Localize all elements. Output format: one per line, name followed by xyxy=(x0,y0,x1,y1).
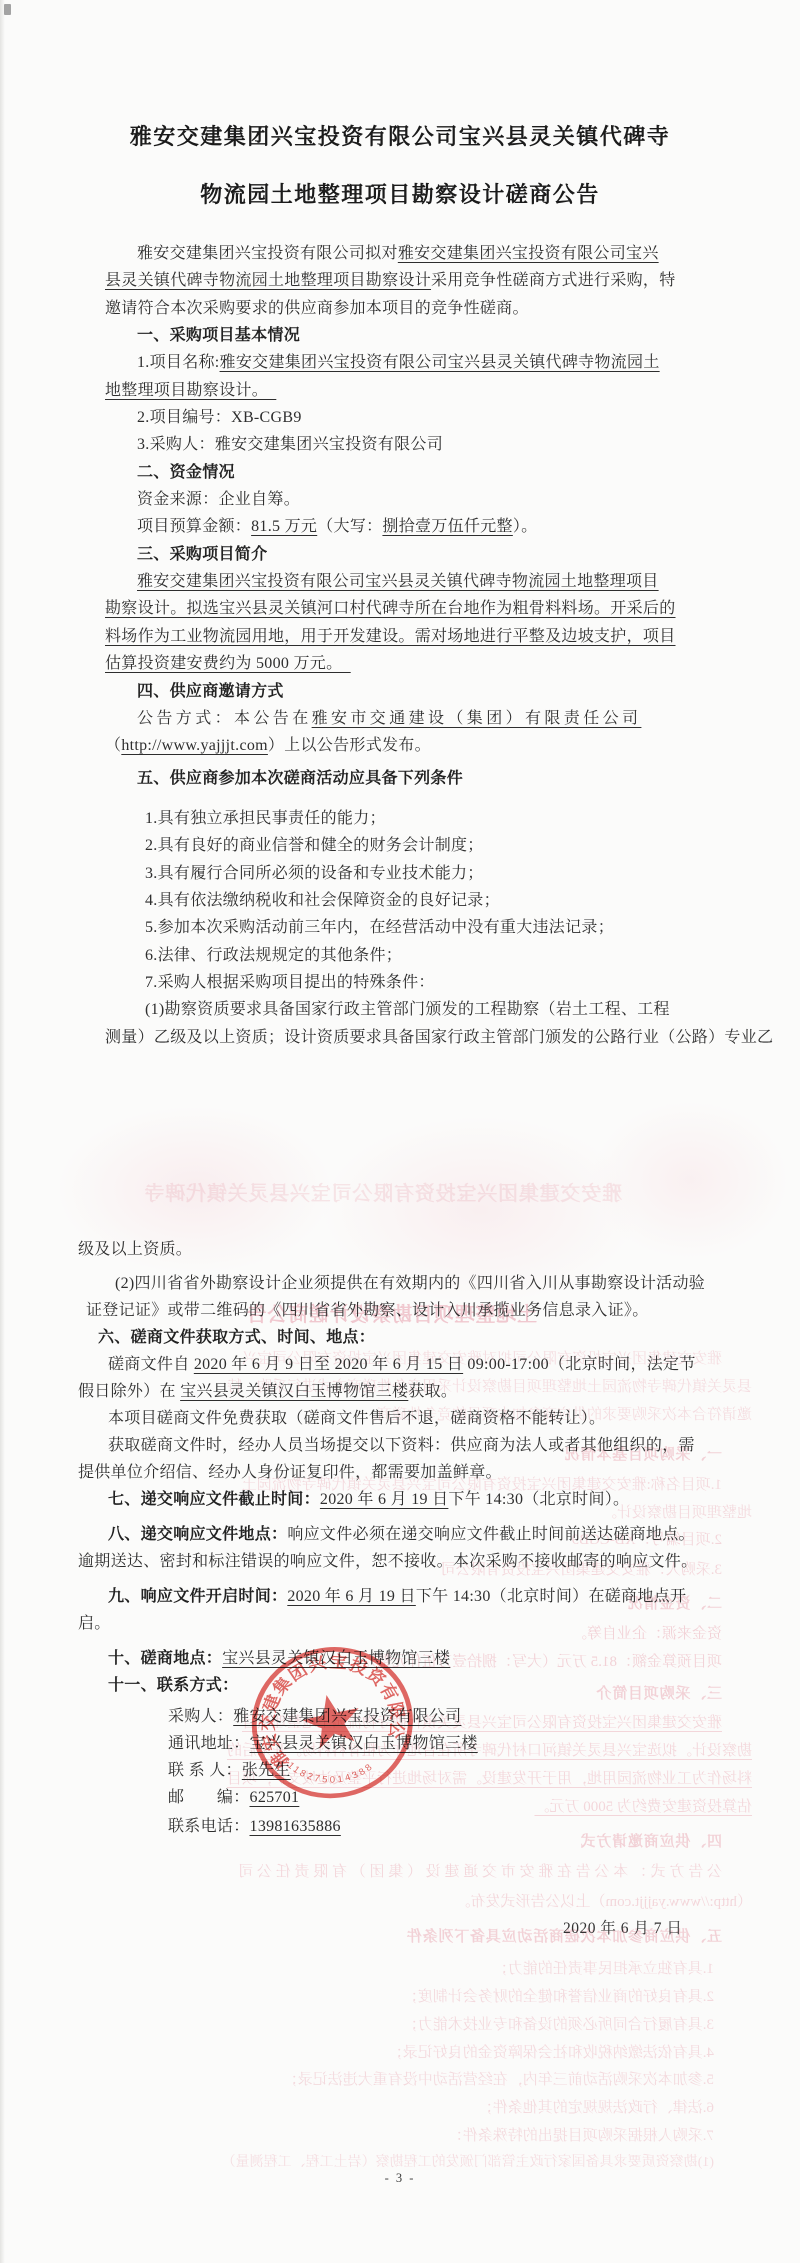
text-line: （http://www.yajjjt.com）上以公告形式发布。 xyxy=(105,732,720,759)
text-segment: 级及以上资质。 xyxy=(78,1241,192,1258)
text-line: 七、递交响应文件截止时间：2020 年 6 月 19 日下午 14:30（北京时… xyxy=(78,1486,758,1513)
text-segment: 通讯地址： xyxy=(168,1735,250,1752)
text-segment: （ xyxy=(105,737,121,754)
bleed-text-line: 2.具有良好的商业信誉和健全的财务会计制度； xyxy=(48,1988,752,2006)
text-segment: 09:00-17:00（北京时间，法定节 xyxy=(463,1356,696,1373)
document-title-line-2: 物流园土地整理项目勘察设计磋商公告 xyxy=(0,178,800,209)
text-segment: 3.具有履行合同所必须的设备和专业技术能力； xyxy=(145,865,484,882)
document-title-line-1: 雅安交建集团兴宝投资有限公司宝兴县灵关镇代碑寺 xyxy=(0,120,800,151)
text-line: 料场作为工业物流园用地，用于开发建设。需对场地进行平整及边坡支护，项目 xyxy=(105,623,720,650)
text-segment: 联 系 人： xyxy=(168,1762,242,1779)
text-line: 1.项目名称:雅安交建集团兴宝投资有限公司宝兴县灵关镇代碑寺物流园土 xyxy=(105,349,720,376)
text-line: 逾期送达、密封和标注错误的响应文件，恕不接收。本次采购不接收邮寄的响应文件。 xyxy=(78,1548,758,1575)
text-segment: 响应文件必须在递交响应文件截止时间前送达磋商地点。 xyxy=(287,1526,695,1543)
text-line: 2.具有良好的商业信誉和健全的财务会计制度； xyxy=(105,832,720,859)
text-line: 十、磋商地点：宝兴县灵关镇汉白玉博物馆三楼 xyxy=(78,1645,758,1672)
text-segment: 宝兴县灵关镇汉白玉博物馆三楼 xyxy=(180,1383,408,1400)
text-segment: 启。 xyxy=(78,1615,111,1632)
text-segment: 邀请符合本次采购要求的供应商参加本项目的竞争性磋商。 xyxy=(105,300,529,317)
text-segment: 4.具有依法缴纳税收和社会保障资金的良好记录； xyxy=(388,2045,714,2061)
text-segment: 八、递交响应文件地点： xyxy=(108,1526,287,1543)
text-segment: 料场作为工业物流园用地，用于开发建设。需对场地进行平整及边坡支护，项目 xyxy=(105,628,676,645)
text-segment: ）上以公告形式发布。 xyxy=(268,737,431,754)
text-line: 级及以上资质。 xyxy=(78,1236,758,1263)
text-line: 项目预算金额：81.5 万元（大写：捌拾壹万伍仟元整）。 xyxy=(105,513,720,540)
text-segment: 3.采购人：雅安交建集团兴宝投资有限公司 xyxy=(137,436,443,453)
text-line: 假日除外）在 宝兴县灵关镇汉白玉博物馆三楼获取。 xyxy=(78,1378,758,1405)
text-line: 邮 编：625701 xyxy=(78,1784,758,1811)
bleed-text-line: 3.具有履行合同所必须的设备和专业技术能力； xyxy=(48,2016,752,2034)
text-line: 公告方式：本公告在雅安市交通建设（集团）有限责任公司 xyxy=(105,705,720,732)
text-segment: 三、采购项目简介 xyxy=(137,546,267,563)
text-segment: ）。 xyxy=(513,518,538,535)
text-line: 地整理项目勘察设计。 xyxy=(105,377,720,404)
text-line: 九、响应文件开启时间：2020 年 6 月 19 日下午 14:30（北京时间）… xyxy=(78,1583,758,1610)
text-segment: 六、磋商文件获取方式、时间、地点： xyxy=(98,1329,375,1346)
text-line: 7.采购人根据采购项目提出的特殊条件： xyxy=(105,969,720,996)
text-segment: 2020 年 6 月 9 日至 2020 年 6 月 15 日 xyxy=(194,1356,463,1373)
seal-star xyxy=(298,1689,365,1751)
text-segment: 邮 编： xyxy=(168,1789,250,1806)
text-segment: 4.具有依法缴纳税收和社会保障资金的良好记录； xyxy=(145,892,500,909)
text-segment: 6.法律、行政法规规定的其他条件； xyxy=(478,2100,714,2116)
text-segment: 二、资金情况 xyxy=(137,464,235,481)
scan-edge-shade xyxy=(0,0,5,2263)
text-line: 资金来源：企业自筹。 xyxy=(105,486,720,513)
text-segment: 获取磋商文件时，经办人员当场提交以下资料：供应商为法人或者其他组织的，需 xyxy=(108,1437,695,1454)
scanned-document-page: { "document": { "title_line1": "雅安交建集团兴宝… xyxy=(0,0,800,2263)
text-line: 4.具有依法缴纳税收和社会保障资金的良好记录； xyxy=(105,887,720,914)
text-segment: 81.5 万元 xyxy=(251,518,317,535)
text-segment: 2.具有良好的商业信誉和健全的财务会计制度； xyxy=(403,1989,714,2005)
text-segment: 雅安交建集团兴宝投资有限公司宝兴县灵关镇代碑寺 xyxy=(144,1183,622,1205)
text-segment: 2020 年 6 月 19 日 xyxy=(320,1491,449,1508)
body-text-page1: 雅安交建集团兴宝投资有限公司拟对雅安交建集团兴宝投资有限公司宝兴县灵关镇代碑寺物… xyxy=(105,240,720,1051)
bleed-text-line: （http://www.yajjjt.com）上以公告形式发布。 xyxy=(48,1893,752,1911)
text-segment: 七、递交响应文件截止时间： xyxy=(108,1491,320,1508)
text-segment: 联系电话： xyxy=(168,1818,250,1835)
text-line: 十一、联系方式： xyxy=(78,1672,758,1699)
scan-artifact xyxy=(4,4,11,15)
text-line: 勘察设计。拟选宝兴县灵关镇河口村代碑寺所在台地作为粗骨料料场。开采后的 xyxy=(105,595,720,622)
text-segment: http://www.yajjjt.com xyxy=(121,737,268,754)
text-segment: 逾期送达、密封和标注错误的响应文件，恕不接收。本次采购不接收邮寄的响应文件。 xyxy=(78,1553,697,1570)
text-segment: 四、供应商邀请方式 xyxy=(137,683,284,700)
text-segment: 1.具有独立承担民事责任的能力； xyxy=(493,1961,714,1977)
text-segment: 本项目磋商文件免费获取（磋商文件售后不退，磋商资格不能转让）。 xyxy=(108,1410,605,1427)
text-segment: 十一、联系方式： xyxy=(108,1677,238,1694)
text-segment: 估算投资建安费约为 5000 万元。 xyxy=(105,655,351,672)
text-line: 1.具有独立承担民事责任的能力； xyxy=(105,805,720,832)
bleed-text-line: 6.法律、行政法规规定的其他条件； xyxy=(48,2099,752,2117)
text-line: 磋商文件自 2020 年 6 月 9 日至 2020 年 6 月 15 日 09… xyxy=(78,1351,758,1378)
text-line: 邀请符合本次采购要求的供应商参加本项目的竞争性磋商。 xyxy=(105,295,720,322)
text-segment: 5.参加本次采购活动前三年内，在经营活动中没有重大违法记录； xyxy=(145,919,614,936)
text-line: 八、递交响应文件地点：响应文件必须在递交响应文件截止时间前送达磋商地点。 xyxy=(78,1521,758,1548)
text-segment: (1)勘察资质要求具备国家行政主管部门颁发的工程勘察（岩土工程、工程测量） xyxy=(222,2155,714,2170)
bleed-text-line: (1)勘察资质要求具备国家行政主管部门颁发的工程勘察（岩土工程、工程测量） xyxy=(48,2155,752,2172)
text-line: 雅安交建集团兴宝投资有限公司宝兴县灵关镇代碑寺物流园土地整理项目 xyxy=(105,568,720,595)
text-line: 四、供应商邀请方式 xyxy=(105,678,720,705)
text-segment: 假日除外）在 xyxy=(78,1383,180,1400)
text-line: 证登记证》或带二维码的《四川省省外勘察、设计入川承揽业务信息录入证》。 xyxy=(78,1297,758,1324)
page-number: - 3 - xyxy=(0,2171,800,2186)
text-line: 提供单位介绍信、经办人身份证复印件，都需要加盖鲜章。 xyxy=(78,1459,758,1486)
text-line: (1)勘察资质要求具备国家行政主管部门颁发的工程勘察（岩土工程、工程 xyxy=(105,996,720,1023)
text-segment: 下午 14:30（北京时间）。 xyxy=(448,1491,629,1508)
text-line: 2.项目编号：XB-CGB9 xyxy=(105,404,720,431)
text-segment: 获取。 xyxy=(408,1383,457,1400)
text-segment: 十、磋商地点： xyxy=(108,1650,222,1667)
text-segment: 公告方式：本公告在 xyxy=(137,710,312,727)
text-line: 本项目磋商文件免费获取（磋商文件售后不退，磋商资格不能转让）。 xyxy=(78,1405,758,1432)
text-segment: 下午 14:30（北京时间）在磋商地点开 xyxy=(416,1588,686,1605)
bleed-text-line: 1.具有独立承担民事责任的能力； xyxy=(48,1960,752,1978)
text-line: 6.法律、行政法规规定的其他条件； xyxy=(105,942,720,969)
text-segment: 7.采购人根据采购项目提出的特殊条件： xyxy=(145,974,435,991)
document-date: 2020 年 6 月 7 日 xyxy=(563,1916,713,1938)
bleed-text-line: 公 告 方 式 ： 本 公 告 在 雅 安 市 交 通 建 设 （ 集 团 ） … xyxy=(48,1863,752,1881)
text-line: 3.采购人：雅安交建集团兴宝投资有限公司 xyxy=(105,431,720,458)
text-segment: 雅安交建集团兴宝投资有限公司宝兴 xyxy=(398,245,659,262)
text-segment: 采用竞争性磋商方式进行采购，特 xyxy=(431,272,676,289)
text-segment: 6.法律、行政法规规定的其他条件； xyxy=(145,947,402,964)
text-segment: 7.采购人根据采购项目提出的特殊条件： xyxy=(448,2128,714,2144)
text-segment: 雅安交建集团兴宝投资有限公司拟对 xyxy=(137,245,398,262)
text-segment: 一、采购项目基本情况 xyxy=(137,327,300,344)
text-segment: 5.参加本次采购活动前三年内，在经营活动中没有重大违法记录； xyxy=(283,2072,714,2088)
text-line: 三、采购项目简介 xyxy=(105,541,720,568)
text-segment: 雅安交建集团兴宝投资有限公司宝兴县灵关镇代碑寺物流园土 xyxy=(220,354,660,371)
text-segment: 采购人： xyxy=(168,1708,233,1725)
text-segment: 2.项目编号：XB-CGB9 xyxy=(137,409,302,426)
text-segment: 2020 年 6 月 19 日 xyxy=(287,1588,416,1605)
bleed-text-line: 7.采购人根据采购项目提出的特殊条件： xyxy=(48,2127,752,2145)
text-segment: 磋商文件自 xyxy=(108,1356,194,1373)
text-line: 3.具有履行合同所必须的设备和专业技术能力； xyxy=(105,860,720,887)
text-segment: 测量）乙级及以上资质；设计资质要求具备国家行政主管部门颁发的公路行业（公路）专业… xyxy=(105,1029,773,1046)
text-line: 二、资金情况 xyxy=(105,459,720,486)
text-segment: 捌拾壹万伍仟元整 xyxy=(382,518,512,535)
text-line: 六、磋商文件获取方式、时间、地点： xyxy=(78,1324,758,1351)
text-segment: 勘察设计。拟选宝兴县灵关镇河口村代碑寺所在台地作为粗骨料料场。开采后的 xyxy=(105,600,676,617)
text-segment: 项目预算金额： xyxy=(137,518,251,535)
text-line: 启。 xyxy=(78,1610,758,1637)
text-segment: 九、响应文件开启时间： xyxy=(108,1588,287,1605)
text-segment: 公 告 方 式 ： 本 公 告 在 雅 安 市 交 通 建 设 （ 集 团 ） … xyxy=(238,1864,722,1880)
text-line: 估算投资建安费约为 5000 万元。 xyxy=(105,650,720,677)
text-segment: (1)勘察资质要求具备国家行政主管部门颁发的工程勘察（岩土工程、工程 xyxy=(145,1001,670,1018)
text-segment: 提供单位介绍信、经办人身份证复印件，都需要加盖鲜章。 xyxy=(78,1464,502,1481)
bleed-text-line: 雅安交建集团兴宝投资有限公司宝兴县灵关镇代碑寺 xyxy=(48,1182,752,1206)
text-line: 测量）乙级及以上资质；设计资质要求具备国家行政主管部门颁发的公路行业（公路）专业… xyxy=(105,1024,720,1051)
text-segment: 五、供应商参加本次磋商活动应具备下列条件 xyxy=(137,770,463,787)
text-line: 5.参加本次采购活动前三年内，在经营活动中没有重大违法记录； xyxy=(105,914,720,941)
bleed-text-line: 5.参加本次采购活动前三年内，在经营活动中没有重大违法记录； xyxy=(48,2071,752,2089)
text-segment: 3.具有履行合同所必须的设备和专业技术能力； xyxy=(403,2017,714,2033)
text-line: 五、供应商参加本次磋商活动应具备下列条件 xyxy=(105,765,720,792)
text-segment: (2)四川省省外勘察设计企业须提供在有效期内的《四川省入川从事勘察设计活动验 xyxy=(115,1275,705,1292)
text-segment: 雅安市交通建设（集团）有限责任公司 xyxy=(312,710,642,727)
text-segment: 1.项目名称: xyxy=(137,354,220,371)
text-segment: （大写： xyxy=(317,518,382,535)
text-line: 雅安交建集团兴宝投资有限公司拟对雅安交建集团兴宝投资有限公司宝兴 xyxy=(105,240,720,267)
text-line: 县灵关镇代碑寺物流园土地整理项目勘察设计采用竞争性磋商方式进行采购，特 xyxy=(105,267,720,294)
text-segment: 证登记证》或带二维码的《四川省省外勘察、设计入川承揽业务信息录入证》。 xyxy=(86,1302,649,1319)
text-segment: 13981635886 xyxy=(250,1818,341,1835)
text-segment: 地整理项目勘察设计。 xyxy=(105,382,276,399)
text-line: 一、采购项目基本情况 xyxy=(105,322,720,349)
text-segment: 雅安交建集团兴宝投资有限公司宝兴县灵关镇代碑寺物流园土地整理项目 xyxy=(137,573,659,590)
bleed-text-line: 4.具有依法缴纳税收和社会保障资金的良好记录； xyxy=(48,2044,752,2062)
text-segment: 2.具有良好的商业信誉和健全的财务会计制度； xyxy=(145,837,484,854)
text-line: 获取磋商文件时，经办人员当场提交以下资料：供应商为法人或者其他组织的，需 xyxy=(78,1432,758,1459)
text-line: 联系电话：13981635886 xyxy=(78,1813,758,1840)
text-segment: 县灵关镇代碑寺物流园土地整理项目勘察设计 xyxy=(105,272,431,289)
text-segment: （http://www.yajjjt.com）上以公告形式发布。 xyxy=(455,1894,752,1910)
text-segment: 1.具有独立承担民事责任的能力； xyxy=(145,810,386,827)
text-line: (2)四川省省外勘察设计企业须提供在有效期内的《四川省入川从事勘察设计活动验 xyxy=(78,1270,758,1297)
text-segment: 资金来源：企业自筹。 xyxy=(137,491,300,508)
